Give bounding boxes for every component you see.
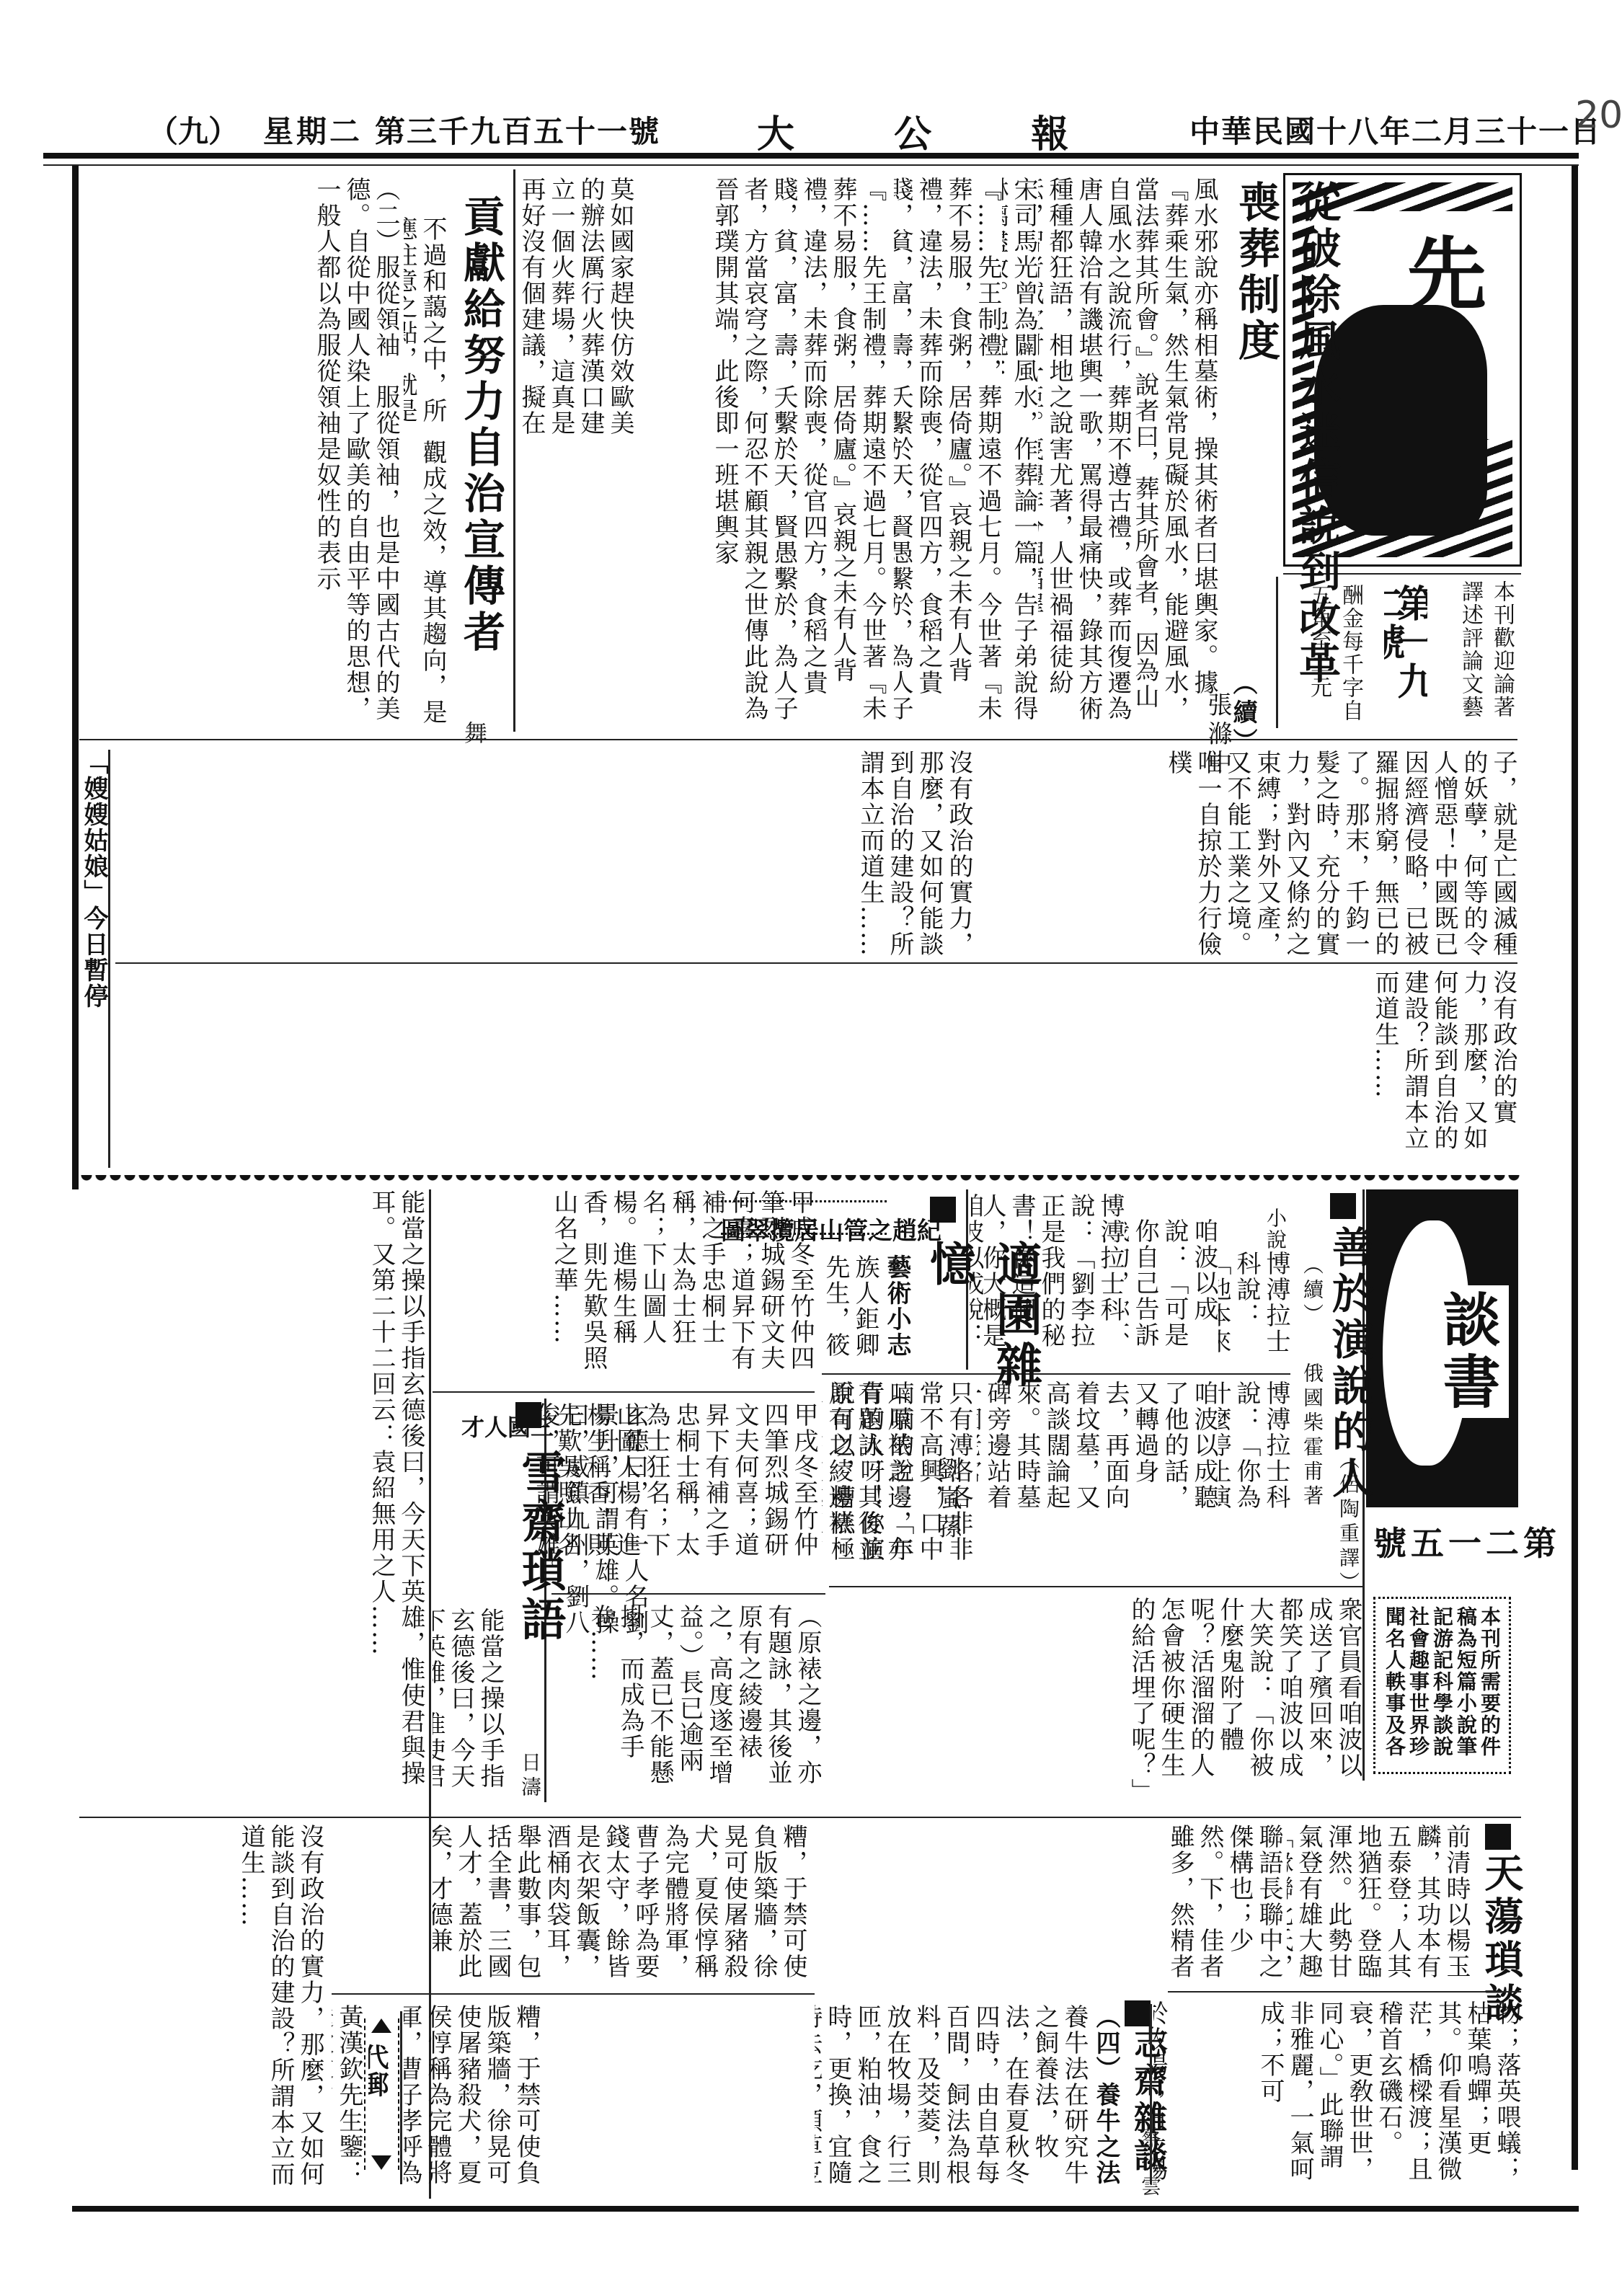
talk-book-call-box: 本刊所需要的件稿為短篇小說筆記游記科學談說社會趣事世界珍聞名人軼事及各項有趣味之… — [1373, 1597, 1511, 1774]
masthead-rule-thin — [43, 164, 1579, 166]
lower-left-text: 能當之操以手指玄德後曰，今天下英雄，惟使君與操耳。又第二十二回云：袁紹無用之人…… — [79, 1189, 425, 1809]
correspondence-divider — [400, 2011, 402, 2184]
shiyuan-paragraph-1: （原裱之邊，亦有題詠，其後並原有之綾邊裱之，高度遂至增益。）長已逾兩丈，蓋已不能… — [822, 1380, 912, 1568]
weekday: 星期二 — [263, 108, 363, 151]
self-gov-paragraph-3: 觀成之效，導其趨向，是 — [404, 440, 447, 728]
tiandang-section-icon — [1485, 1824, 1511, 1850]
newspaper-name: 大 公 報 — [757, 104, 1112, 158]
middle-band-rule — [115, 962, 1517, 964]
memoir-mid-rule — [822, 1373, 916, 1375]
tiandang-paragraph-2: 物；落英喂蟻；枯葉鳴蟬；更其。仰看星漢微茫，橋樑渡；且稽首玄磯石。衰，更敎世世，… — [1168, 2000, 1521, 2195]
shiyuan-author: 劉嵐蓀 — [930, 1456, 965, 1543]
xuezhai-lower-rule — [332, 1993, 815, 1995]
good-speaker-author: 俄國柴霍甫著 — [1298, 1362, 1326, 1510]
economic-paragraph-1: 子，就是亡國滅種的妖孽，何等的令人憎惡！中國既已因經濟侵略，已被羅掘將窮，無已的… — [980, 750, 1517, 959]
feng-shui-paragraph-4: 宋司馬光曾為闢風水，作葬論一篇，告子弟說得淋漓盡致。他說： — [1002, 177, 1038, 724]
tiandang-rule — [1168, 1991, 1521, 1993]
page-number-handwritten: 20 — [1575, 94, 1622, 137]
self-gov-paragraph-4: （二）服從領袖 服從領袖，也是中國古代的美德。自從中國人染上了歐美的自由平等的思… — [83, 177, 400, 724]
economic-paragraph-2: 沒有政治的實力，那麼，又如何能談到自治的建設？所謂本立而道生…… — [115, 750, 973, 959]
correspondence-box: 代郵 — [364, 2018, 399, 2170]
feng-shui-title: 從破除風水迷信說到改革喪葬制度 — [1226, 180, 1347, 728]
feng-shui-paragraph-5: 『……先王制禮，葬期遠不過七月。今世著『未葬不易服，食粥，居倚廬。』哀親之未有人… — [894, 177, 1002, 724]
memoir-bottom-rule — [433, 1391, 815, 1393]
section-separator-ornament — [79, 1175, 1521, 1182]
shiyuan-title: 適園雜憶 — [916, 1240, 1048, 1427]
feng-shui-paragraph-3: 唐人韓洽有譏堪輿一歌，罵得最痛快，錄其方術種種都狂語，相地之說害尤著，人世禍福徒… — [1038, 177, 1103, 724]
zhizhai-paragraph-2: 於收場；有上場即有下場，縱教登場者撫心自問，這幕地衣冠炫赫，無非偶爾排場。」 — [1153, 2000, 1168, 2195]
upper-section-rule — [79, 739, 980, 740]
feng-shui-continuation: 『……先王制禮，葬期遠不過七月。今世著『未葬不易服，食粥，居倚廬。』哀親之未有人… — [634, 177, 887, 724]
xuezhai-lower-text: 糟，于禁可使負版築牆，徐晃可使屠豬殺犬，夏侯惇稱為完體將軍，曹子孝呼為要錢太守，… — [433, 1824, 807, 1990]
issue-number: 第三千九百五十一號 — [375, 108, 660, 151]
good-speaker-section-label: 小說 — [1258, 1207, 1290, 1251]
talk-book-issue-label: 第二一五號 — [1373, 1517, 1561, 1565]
good-speaker-paragraph-5: 博溥拉士科說：「你為什麼停止演講呢？這是不好的，你還是繼續往下說吧！」 — [1218, 1380, 1290, 1532]
good-speaker-paragraph-1: 博溥拉士科說：「他本來沒有死，你怎麼說他是還活着呢？死的是劉李納呀！」 — [1218, 1251, 1290, 1370]
zhizhai-subsection: （四）養牛之法 — [1089, 2004, 1120, 2191]
column-divider — [513, 169, 515, 732]
self-gov-paragraph-2: 不過和藹之中，所應注意之點，就是所謂和者，是 — [404, 216, 447, 433]
story-lower-rule — [829, 1586, 1362, 1587]
bottom-frame — [72, 2206, 1579, 2212]
talk-book-call-for-papers: 本刊所需要的件稿為短篇小說筆記游記科學談說社會趣事世界珍聞名人軼事及各項有趣味之… — [1383, 1606, 1502, 1765]
story-section-icon — [1330, 1193, 1356, 1219]
xianlu-issue-label: 第一九二號 — [1384, 584, 1427, 728]
good-speaker-paragraph-2: 咱波以成說：「可是你自己告訴我的，你不是說你們衙署的秘書死了嗎？」 — [1125, 1218, 1218, 1370]
issue-date: 中華民國十八年二月三十一日 — [1189, 108, 1602, 151]
self-gov-title: 貢獻給努力自治宣傳者 — [451, 195, 511, 743]
talk-book-art-title: 談書 — [1426, 1285, 1509, 1418]
good-speaker-translator: （侶陶重譯） — [1334, 1449, 1362, 1596]
shiyuan-subsection-label: 藝術小志 — [879, 1254, 911, 1370]
triangle-down-icon — [371, 2155, 391, 2170]
correspondence-label: 代郵 — [368, 2044, 396, 2145]
tiandang-paragraph-3: 聯語長聯中之傑構也；少然。下，佳者雖多，然精者 — [988, 1824, 1283, 1986]
masthead: （九） 星期二 第三千九百五十一號 大 公 報 中華民國十八年二月三十一日 20 — [0, 101, 1622, 159]
xuezhai-author: 日濤 — [515, 1752, 544, 1801]
good-speaker-continued: （續） — [1298, 1254, 1326, 1328]
xuezhai-mid-rule — [551, 1593, 825, 1595]
xuezhai-text-main: 甲戌冬至竹仲四筆烈城錫研文夫何喜；道昇下有補之手忠桐士稱，太為士狂名；下山圖人楊… — [551, 1402, 818, 1582]
masthead-rule — [43, 153, 1579, 159]
economic-paragraph-3: 沒有政治的實力，那麼，又如何能談到自治的建設？所謂本立而道生…… — [115, 970, 1517, 1164]
good-speaker-paragraph-7: 衆官員看咱波以成送了殯回來，都笑了咱波以成大笑說：「你被什麼鬼附了體呢？活溜溜的… — [829, 1597, 1362, 1799]
talk-book-masthead-art: 談書 — [1366, 1189, 1518, 1507]
shiyuan-painting-text: 甲戌冬至竹仲四筆烈城錫研文夫何喜；道昇下有補之手忠桐士稱，太為士狂名；下山圖人楊… — [433, 1189, 815, 1384]
feng-shui-paragraph-2: 自風水之說流行，葬期不遵古禮，或葬而復遷為期，這真是所謂其愚不可及了！ — [1103, 177, 1132, 724]
self-gov-paragraph-1: 莫如國家趕快仿效歐美的辦法厲行火葬漢口建立一個火葬場，這真是再好沒有個建議，擬在… — [519, 177, 634, 436]
shiyuan-art-text: 族人鉅卿先生，筱芝廣文之長嗣也。廣文嘗奉委之蘇， — [822, 1254, 879, 1370]
left-frame — [72, 166, 79, 1189]
tiandang-title: 天蕩瑣談 — [1474, 1853, 1530, 2026]
notice-divider — [108, 750, 110, 1168]
page-marker: （九） — [148, 108, 239, 151]
xuezhai-section-icon — [515, 1402, 541, 1428]
correspondence-text: 黃漢欽先生鑒：迭次來函， — [332, 2004, 363, 2191]
right-frame — [1572, 166, 1578, 2170]
tiandang-paragraph-1: 前清時以楊玉麟，其功本有五泰登；人其地猶狂。登臨渾然。此勢甘氣登有雄大趣「緣聯此… — [1287, 1824, 1471, 1986]
zhizhai-section-icon — [1125, 2000, 1151, 2026]
lower-left-continuation: 沒有政治的實力，那麼，又如何能談到自治的建設？所謂本立而道生…… — [79, 1824, 324, 2199]
lower-band-rule — [79, 1817, 1521, 1818]
xianlu-call-for-papers: 本刊歡迎論著譯述評論文藝 — [1449, 580, 1517, 724]
self-gov-notice: 「嫂嫂姑娘」今日暫停 — [79, 750, 108, 1168]
xuezhai-text-2: 能當之操以手指玄德後曰，今天下英雄，惟使君與操耳。又第二十二回云：袁紹無用之人…… — [433, 1608, 505, 1809]
self-gov-author: 舞 — [458, 721, 491, 748]
xuezhai-text-3: （原裱之邊，亦有題詠，其後並原有之綾邊裱之，高度遂至增益。）長已逾兩丈，蓋已不能… — [577, 1604, 822, 1806]
zhizhai-paragraph-1: 養牛法在研究牛之飼養法，牧法，在春夏秋冬四時，由自草每百間，飼法為根料，及茭菱，… — [815, 2004, 1089, 2195]
feng-shui-paragraph-1: 風水邪說亦稱相墓術，操其術者曰堪輿家。據『葬乘生氣，然生氣常見礙於風水，能避風水… — [1132, 177, 1218, 724]
triangle-up-icon — [371, 2018, 391, 2033]
xuezhai-conclusion: 糟，于禁可使負版築牆，徐晃可使屠豬殺犬，夏侯惇稱為完體將軍，曹子孝呼為要錢太守，… — [404, 2004, 541, 2191]
zhizhai-divider — [1150, 2004, 1152, 2184]
